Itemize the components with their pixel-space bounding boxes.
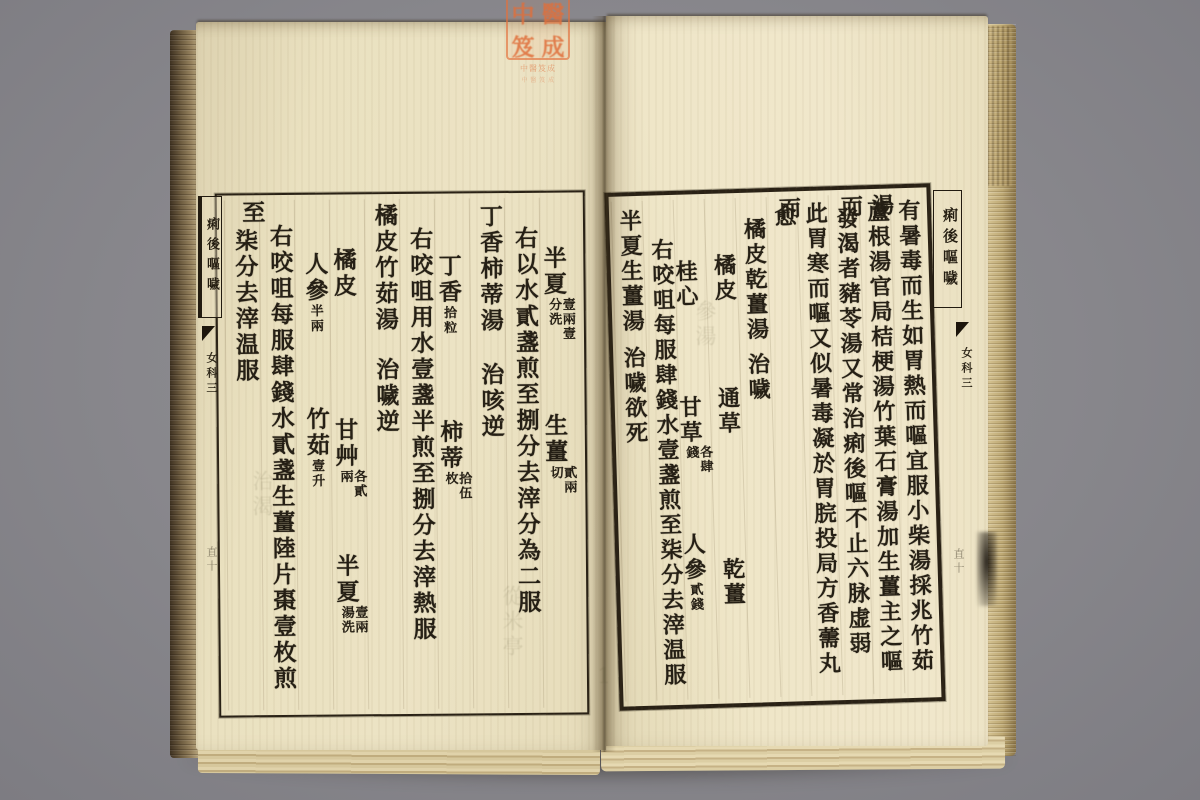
dosage-annotation: 貳錢 — [687, 582, 703, 612]
column-gap — [756, 342, 758, 352]
column-gap — [551, 198, 553, 246]
right-margin-folio-mark: 直十 — [950, 548, 966, 576]
dosage-annotation: 壹升 — [309, 459, 324, 489]
column-gap — [721, 198, 725, 253]
ink-blot — [977, 532, 997, 606]
column-gap — [523, 198, 525, 226]
column-gap — [752, 198, 755, 218]
left-page-column-2: 右以水貳盞煎至捌分去滓分為二服 — [504, 198, 542, 708]
annotation-line: 兩 — [338, 469, 352, 498]
column-text: 橘皮 — [330, 247, 357, 299]
column-text: 甘草 — [676, 395, 703, 446]
column-gap — [552, 341, 555, 413]
column-gap — [342, 300, 345, 418]
seal-character: 笈 — [508, 29, 538, 62]
left-page-column-9: 右咬咀每服肆錢水貳盞生薑陸片棗壹枚煎至 — [259, 200, 297, 710]
column-text: 人參 — [301, 252, 328, 304]
column-gap — [489, 334, 491, 362]
stamp-subtext-2: 中 醫 笈 成 — [506, 75, 570, 84]
annotation-line: 湯洗 — [339, 605, 353, 634]
annotation-line: 分洗 — [546, 298, 560, 342]
column-gap — [314, 334, 317, 407]
annotation-line: 各肆 — [697, 445, 711, 474]
dosage-annotation: 拾粒 — [441, 306, 456, 336]
dosage-annotation: 半兩 — [308, 304, 323, 334]
seal-character: 中 — [508, 0, 538, 29]
column-text: 右以水貳盞煎至捌分去滓分為二服 — [511, 226, 541, 616]
left-page-column-4: 丁香拾粒柿蒂拾伍枚 — [434, 198, 472, 708]
column-text: 治噦 — [744, 352, 771, 403]
left-page-column-10: 柒分去滓温服 — [224, 200, 262, 710]
annotation-line: 壹兩 — [353, 605, 367, 634]
double-line-annotation: 壹兩湯洗 — [339, 605, 367, 634]
column-gap — [243, 200, 245, 228]
right-margin-section-title: 痢後嘔噦 — [940, 207, 961, 291]
column-gap — [446, 199, 448, 254]
column-text: 人參 — [680, 532, 707, 583]
right-section-marker-triangle-icon — [956, 322, 969, 337]
double-line-annotation: 貳兩切 — [548, 465, 576, 494]
column-gap — [783, 197, 785, 205]
column-gap — [341, 200, 343, 248]
orange-seal-icon: 中醫笈成 — [506, 0, 570, 60]
left-margin-volume-mark: 女科三 — [203, 352, 219, 397]
column-gap — [685, 310, 690, 396]
column-text: 治噦欲死 — [620, 346, 649, 447]
column-text: 乾薑 — [719, 557, 746, 608]
column-text: 橘皮竹茹湯 — [371, 203, 399, 333]
left-page-column-1: 半夏壹兩壹分洗生薑貳兩切 — [539, 198, 577, 708]
column-text: 半夏生薑湯 — [616, 209, 646, 335]
annotation-line: 壹兩壹 — [560, 297, 574, 341]
seal-character: 成 — [538, 29, 568, 62]
column-text: 愈 — [771, 204, 798, 230]
left-page-column-8: 人參半兩竹茹壹升 — [294, 200, 332, 710]
annotation-line: 枚 — [443, 472, 457, 501]
annotation-line: 貳兩 — [561, 465, 575, 494]
double-line-annotation: 各肆錢 — [684, 445, 712, 475]
left-page-column-3: 丁香柿蒂湯治咳逆 — [469, 198, 507, 708]
annotation-line: 拾伍 — [457, 471, 471, 500]
right-margin-section-tab: 痢後嘔噦 — [933, 190, 962, 308]
column-text: 治咳逆 — [477, 362, 505, 440]
left-page-column-6: 橘皮竹茹湯治噦逆 — [364, 199, 402, 709]
column-gap — [418, 199, 420, 227]
left-section-marker-triangle-icon — [202, 326, 215, 341]
double-line-annotation: 壹兩壹分洗 — [546, 297, 574, 341]
right-margin-volume-mark: 女科三 — [958, 347, 974, 392]
column-gap — [384, 333, 386, 357]
column-text: 橘皮乾薑湯 — [740, 217, 770, 343]
column-text: 桂心 — [672, 259, 699, 310]
column-text: 柿蒂 — [436, 419, 463, 471]
column-gap — [344, 498, 346, 553]
annotation-line: 各貳 — [351, 469, 365, 498]
seal-character: 醫 — [538, 0, 568, 29]
column-text: 半夏 — [540, 246, 567, 298]
column-gap — [447, 336, 450, 420]
left-page-column-5: 右咬咀用水壹盞半煎至捌分去滓熱服 — [399, 199, 437, 709]
double-line-annotation: 拾伍枚 — [443, 471, 471, 500]
left-margin-section-tab: 痢後嘔噦 — [198, 196, 222, 318]
column-gap — [682, 200, 686, 260]
column-text: 竹茹 — [303, 407, 330, 459]
column-gap — [628, 201, 630, 209]
book-photo-scene: 半夏壹兩壹分洗生薑貳兩切右以水貳盞煎至捌分去滓分為二服丁香柿蒂湯治咳逆丁香拾粒柿… — [0, 0, 1200, 800]
column-text: 半夏 — [332, 553, 359, 605]
column-text: 生薑 — [541, 413, 568, 465]
column-gap — [313, 200, 315, 252]
column-gap — [690, 474, 694, 532]
column-gap — [659, 200, 662, 238]
right-page: 有暑毒而生如胃熱而嘔宜服小柴湯採兆竹茹湯蘆根湯官局桔梗湯竹葉石膏湯加生薑主之嘔而… — [606, 16, 988, 746]
column-gap — [728, 436, 734, 557]
column-text: 右咬咀用水壹盞半煎至捌分去滓熱服 — [406, 227, 437, 643]
column-text: 通草 — [714, 386, 741, 437]
left-margin-folio-mark: 直十 — [203, 546, 219, 574]
annotation-line: 切 — [548, 465, 562, 494]
double-line-annotation: 各貳兩 — [338, 469, 366, 498]
column-gap — [845, 195, 847, 207]
stamp-subtext-1: 中醫笈成 — [506, 63, 570, 74]
column-text: 柒分去滓温服 — [231, 228, 259, 384]
column-gap — [632, 334, 634, 346]
left-page-column-7: 橘皮甘艸各貳兩半夏壹兩湯洗 — [329, 199, 367, 709]
column-gap — [278, 200, 280, 224]
left-page: 半夏壹兩壹分洗生薑貳兩切右以水貳盞煎至捌分去滓分為二服丁香柿蒂湯治咳逆丁香拾粒柿… — [196, 22, 606, 750]
column-text: 丁香 — [435, 253, 462, 305]
left-page-text-frame: 半夏壹兩壹分洗生薑貳兩切右以水貳盞煎至捌分去滓分為二服丁香柿蒂湯治咳逆丁香拾粒柿… — [215, 190, 590, 717]
column-text: 甘艸 — [331, 417, 358, 469]
left-margin-section-title: 痢後嘔噦 — [202, 217, 221, 297]
right-page-text-frame: 有暑毒而生如胃熱而嘔宜服小柴湯採兆竹茹湯蘆根湯官局桔梗湯竹葉石膏湯加生薑主之嘔而… — [604, 183, 945, 710]
column-text: 治噦逆 — [372, 357, 400, 435]
column-gap — [724, 303, 728, 386]
annotation-line: 錢 — [684, 445, 698, 474]
column-text: 橘皮 — [710, 253, 737, 304]
digitizer-stamp: 中醫笈成 中醫笈成 中 醫 笈 成 — [506, 0, 570, 84]
column-text: 丁香柿蒂湯 — [476, 204, 504, 334]
